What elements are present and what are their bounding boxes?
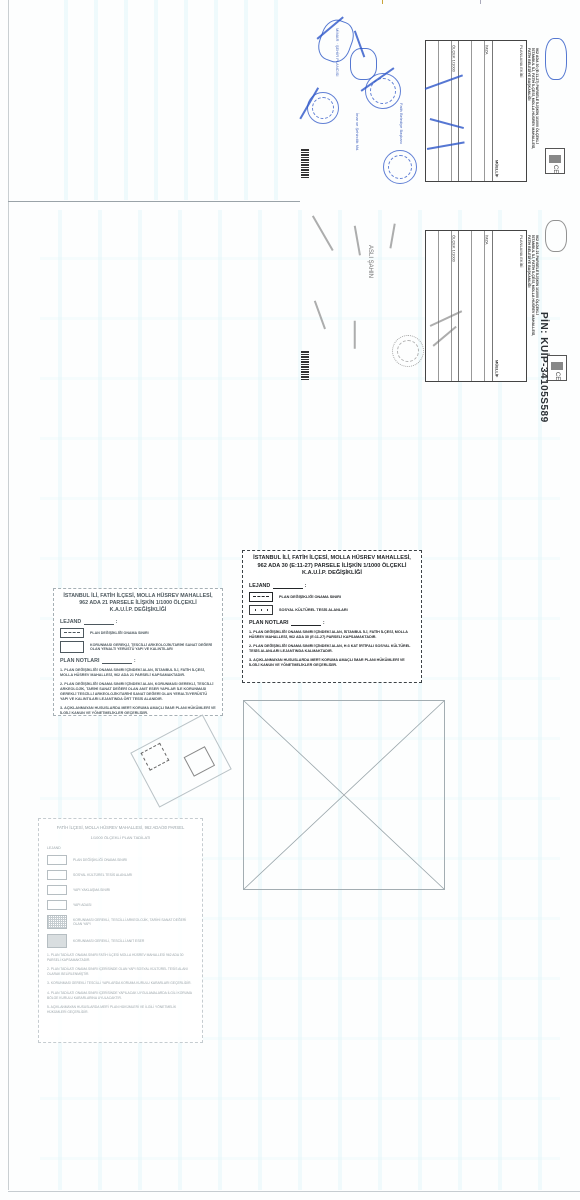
legend-item: PLAN DEĞİŞİKLİĞİ ONAMA SINIRI: [60, 628, 216, 638]
table-label: MÜELLİF: [495, 360, 500, 377]
registration-mark: [480, 0, 481, 4]
plan-note: 2- PLAN DEĞİŞİKLİĞİ ONAMA SINIRI İÇİNDEK…: [249, 644, 415, 654]
registration-mark: [382, 0, 383, 4]
legend-label: LEJAND :: [60, 619, 216, 625]
table-column: PLANLAMA EKİBİ MÜELLİF: [493, 231, 526, 381]
plan-note: 1- PLAN DEĞİŞİKLİĞİ ONAMA SINIRI İÇİNDEK…: [249, 630, 415, 640]
legend-title: FATİH İLÇESİ, MOLLA HÜSREV MAHALLESİ, 96…: [47, 825, 194, 831]
table-header: İMZA: [485, 45, 490, 55]
pin-number: PİN: KUİP-34105S589: [538, 312, 549, 423]
legend-item: SOSYAL KÜLTÜREL TESİS ALANLARI: [47, 870, 194, 880]
facility-swatch-icon: [47, 870, 67, 880]
signature-stroke: [312, 215, 333, 250]
table-column: ÖLÇEK 1/1000: [426, 41, 459, 181]
signatory-block: MİMAR · ŞEHİR PLANCISI: [335, 28, 340, 88]
boundary-swatch-icon: [47, 855, 67, 865]
legend-item: KORUNMASI GEREKLİ, TESCİLLİ ANIT ESER: [47, 934, 194, 948]
official-seal: [383, 150, 417, 184]
plan-note: 4- PLAN TADİLATI ONAMA SINIRI İÇERİSİNDE…: [47, 991, 194, 1000]
approval-sheet-2: ASLI ŞAHİN ÖLÇEK 1/1000 İMZA PLANLAMA EK…: [295, 205, 575, 390]
cancelled-plan-area: [243, 700, 445, 890]
legend-item: YAPI ADASI: [47, 900, 194, 910]
legend-item: PLAN DEĞİŞİKLİĞİ ONAMA SINIRI: [249, 592, 415, 602]
plan-note: 3- AÇIKLANMAYAN HUSUSLARDA MER'İ KORUMA …: [249, 658, 415, 668]
boundary-swatch-icon: [249, 592, 273, 602]
block-swatch-icon: [47, 900, 67, 910]
signature-stroke: [354, 226, 361, 256]
notes-label: PLAN NOTLARI :: [249, 620, 415, 626]
notes-label: PLAN NOTLARI :: [60, 658, 216, 664]
table-column: ÖLÇEK 1/1000: [426, 231, 459, 381]
social-facility-swatch-icon: [249, 605, 273, 615]
legend-item: YAPI YAKLAŞMA SINIRI: [47, 885, 194, 895]
approval-sheet-1: MİMAR · ŞEHİR PLANCISI Fatih Belediye Ba…: [295, 8, 575, 193]
page-divider: [8, 201, 300, 202]
hatch-swatch-icon: [47, 915, 67, 929]
signatory-block: İmar ve Şehircilik Md.: [355, 113, 360, 168]
plan-note: 1- PLAN TADİLATI ONAMA SINIRI FATİH İLÇE…: [47, 953, 194, 962]
approval-table: ÖLÇEK 1/1000 İMZA PLANLAMA EKİBİ MÜELLİF: [425, 40, 527, 182]
parcel-building: [184, 746, 216, 777]
monument-swatch-icon: [47, 934, 67, 948]
setback-swatch-icon: [47, 885, 67, 895]
table-column: PLANLAMA EKİBİ MÜELLİF: [493, 41, 526, 181]
faded-plan-legend: FATİH İLÇESİ, MOLLA HÜSREV MAHALLESİ, 96…: [38, 818, 203, 1043]
plan-note: 3- KORUNMASI GEREKLİ TESCİLLİ YAPILARDA …: [47, 981, 194, 986]
official-seal: [392, 335, 424, 367]
parcel-boundary: [141, 743, 170, 771]
page-bottom-edge: [8, 1191, 580, 1192]
table-label: MÜELLİF: [495, 160, 500, 177]
signature: [545, 38, 567, 80]
approval-table: ÖLÇEK 1/1000 İMZA PLANLAMA EKİBİ MÜELLİF: [425, 230, 527, 382]
legend-title: İSTANBUL İLİ, FATİH İLÇESİ, MOLLA HÜSREV…: [60, 593, 216, 614]
plan-note: 2- PLAN DEĞİŞİKLİĞİ ONAMA SINIRI İÇİNDEK…: [60, 682, 216, 702]
table-column: İMZA: [459, 231, 492, 381]
barcode: [301, 350, 309, 380]
legend-title: İSTANBUL İLİ, FATİH İLÇESİ, MOLLA HÜSREV…: [249, 555, 415, 578]
barcode: [301, 148, 309, 178]
table-header: ÖLÇEK 1/1000: [451, 235, 456, 262]
boundary-swatch-icon: [60, 628, 84, 638]
plan-note: 2- PLAN TADİLATI ONAMA SINIRI İÇERİSİNDE…: [47, 967, 194, 976]
table-column: İMZA: [459, 41, 492, 181]
plan-note: 1- PLAN DEĞİŞİKLİĞİ ONAMA SINIRI İÇİNDEK…: [60, 668, 216, 678]
plan-legend-ada-30: İSTANBUL İLİ, FATİH İLÇESİ, MOLLA HÜSREV…: [242, 550, 422, 683]
signatory-name: ASLI ŞAHİN: [367, 245, 372, 305]
protected-structure-swatch-icon: [60, 641, 84, 653]
table-header: ÖLÇEK 1/1000: [451, 45, 456, 72]
legend-item: KORUNMASI GEREKLİ, TESCİLLİ ARKEOLOJİK/T…: [60, 641, 216, 653]
legend-subtitle: 1/1000 ÖLÇEKLİ PLAN TADİLATI: [47, 835, 194, 840]
table-header: PLANLAMA EKİBİ: [519, 235, 524, 267]
legend-item: SOSYAL KÜLTÜREL TESİS ALANLARI: [249, 605, 415, 615]
plan-note: 3- AÇIKLANMAYAN HUSUSLARDA MER'İ KORUMA …: [60, 706, 216, 716]
table-header: İMZA: [485, 235, 490, 245]
official-seal: [365, 73, 401, 109]
plan-note: 5- AÇIKLANMAYAN HUSUSLARDA MER'İ PLAN HÜ…: [47, 1005, 194, 1014]
legend-label: LEJAND: [47, 846, 194, 850]
signature: [545, 220, 567, 252]
ce-stamp: CE: [547, 355, 567, 381]
legend-item: PLAN DEĞİŞİKLİĞİ ONAMA SINIRI: [47, 855, 194, 865]
legend-label: LEJAND :: [249, 583, 415, 589]
cross-out-icon: [244, 701, 444, 889]
plan-legend-ada-21: İSTANBUL İLİ, FATİH İLÇESİ, MOLLA HÜSREV…: [53, 588, 223, 716]
approval-header: FATİH BELEDİYE BAŞKANLIĞI İSTANBUL İLİ, …: [527, 48, 541, 168]
signature-stroke: [354, 321, 356, 349]
signatory-block: Fatih Belediye Başkanı: [399, 103, 404, 153]
ce-stamp: CE: [545, 148, 565, 174]
table-header: PLANLAMA EKİBİ: [519, 45, 524, 77]
signature-stroke: [390, 224, 396, 249]
legend-item: KORUNMASI GEREKLİ, TESCİLLİ ARKEOLOJİK, …: [47, 915, 194, 929]
signature-stroke: [314, 300, 326, 329]
